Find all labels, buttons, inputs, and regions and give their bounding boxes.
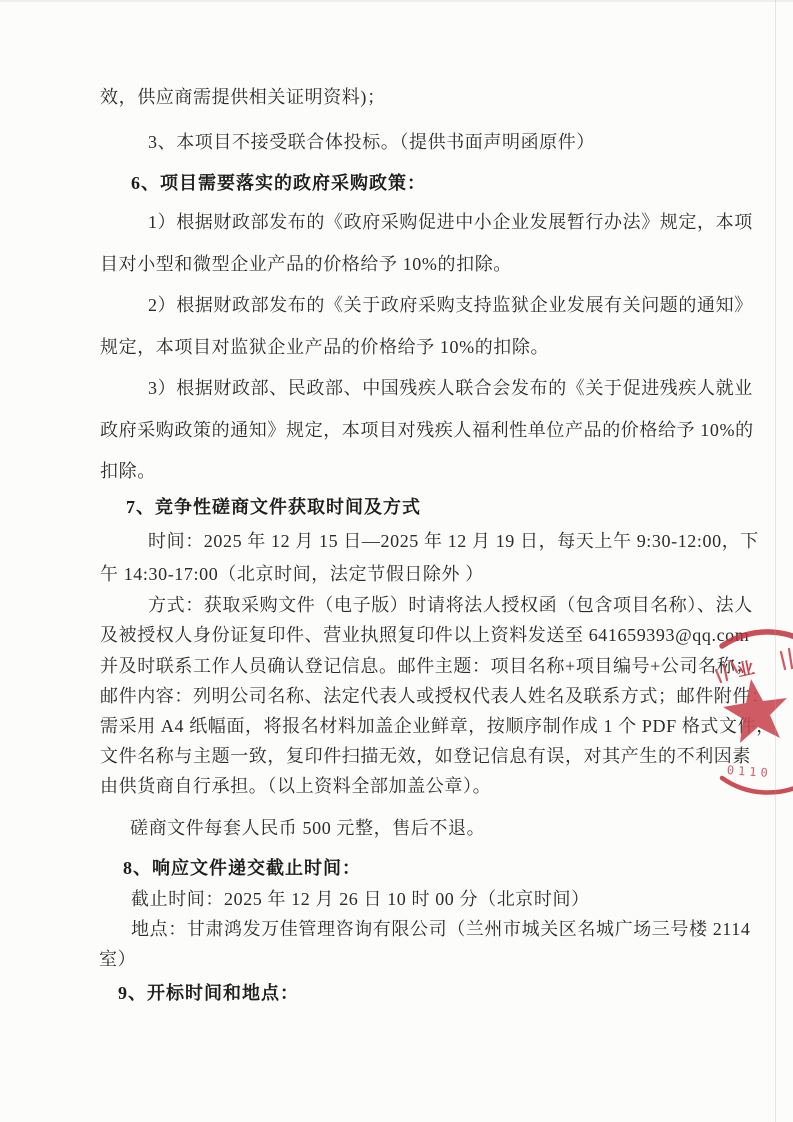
doc-line: 邮件内容：列明公司名称、法定代表人或授权代表人姓名及联系方式；邮件附件：	[100, 685, 770, 707]
doc-line: 时间：2025 年 12 月 15 日—2025 年 12 月 19 日，每天上…	[148, 530, 759, 552]
doc-line: 由供货商自行承担。（以上资料全部加盖公章）。	[100, 775, 491, 797]
doc-line: 午 14:30-17:00（北京时间，法定节假日除外 ）	[100, 563, 484, 585]
doc-line: 2）根据财政部发布的《关于政府采购支持监狱企业发展有关问题的通知》	[148, 294, 753, 316]
doc-line: 磋商文件每套人民币 500 元整，售后不退。	[130, 817, 485, 839]
section-6-heading: 6、项目需要落实的政府采购政策：	[131, 172, 426, 194]
doc-line: 3、本项目不接受联合体投标。（提供书面声明函原件）	[148, 131, 595, 153]
scanner-edge-line	[775, 0, 776, 1122]
doc-line: 及被授权人身份证复印件、营业执照复印件以上资料发送至 641659393@qq.…	[100, 624, 749, 646]
doc-line: 3）根据财政部、民政部、中国残疾人联合会发布的《关于促进残疾人就业	[148, 377, 753, 399]
doc-line: 截止时间：2025 年 12 月 26 日 10 时 00 分（北京时间）	[131, 888, 590, 910]
section-9-heading: 9、开标时间和地点：	[118, 982, 299, 1004]
doc-line: 1）根据财政部发布的《政府采购促进中小企业发展暂行办法》规定，本项	[148, 211, 753, 233]
doc-line: 地点：甘肃鸿发万佳管理咨询有限公司（兰州市城关区名城广场三号楼 2114	[131, 918, 750, 940]
scanned-document-page: 效，供应商需提供相关证明资料)； 3、本项目不接受联合体投标。（提供书面声明函原…	[0, 0, 793, 1122]
doc-line: 规定，本项目对监狱企业产品的价格给予 10%的扣除。	[100, 336, 549, 358]
doc-line: 文件名称与主题一致，复印件扫描无效，如登记信息有误，对其产生的不利因素	[100, 745, 751, 767]
section-7-heading: 7、竞争性磋商文件获取时间及方式	[126, 496, 421, 518]
doc-line: 扣除。	[100, 460, 156, 482]
doc-line: 并及时联系工作人员确认登记信息。邮件主题：项目名称+项目编号+公司名称；	[100, 655, 754, 677]
doc-line: 需采用 A4 纸幅面，将报名材料加盖企业鲜章，按顺序制作成 1 个 PDF 格式…	[100, 715, 775, 737]
doc-line: 方式：获取采购文件（电子版）时请将法人授权函（包含项目名称）、法人	[148, 594, 753, 616]
doc-line: 室）	[99, 948, 136, 970]
seal-partial-glyph-right	[781, 649, 792, 669]
doc-line: 目对小型和微型企业产品的价格给予 10%的扣除。	[100, 253, 512, 275]
section-8-heading: 8、响应文件递交截止时间：	[123, 857, 361, 879]
doc-line: 政府采购政策的通知》规定，本项目对残疾人福利性单位产品的价格给予 10%的	[100, 419, 754, 441]
seal-bottom-arc	[722, 778, 793, 793]
doc-line: 效，供应商需提供相关证明资料)；	[100, 86, 386, 108]
